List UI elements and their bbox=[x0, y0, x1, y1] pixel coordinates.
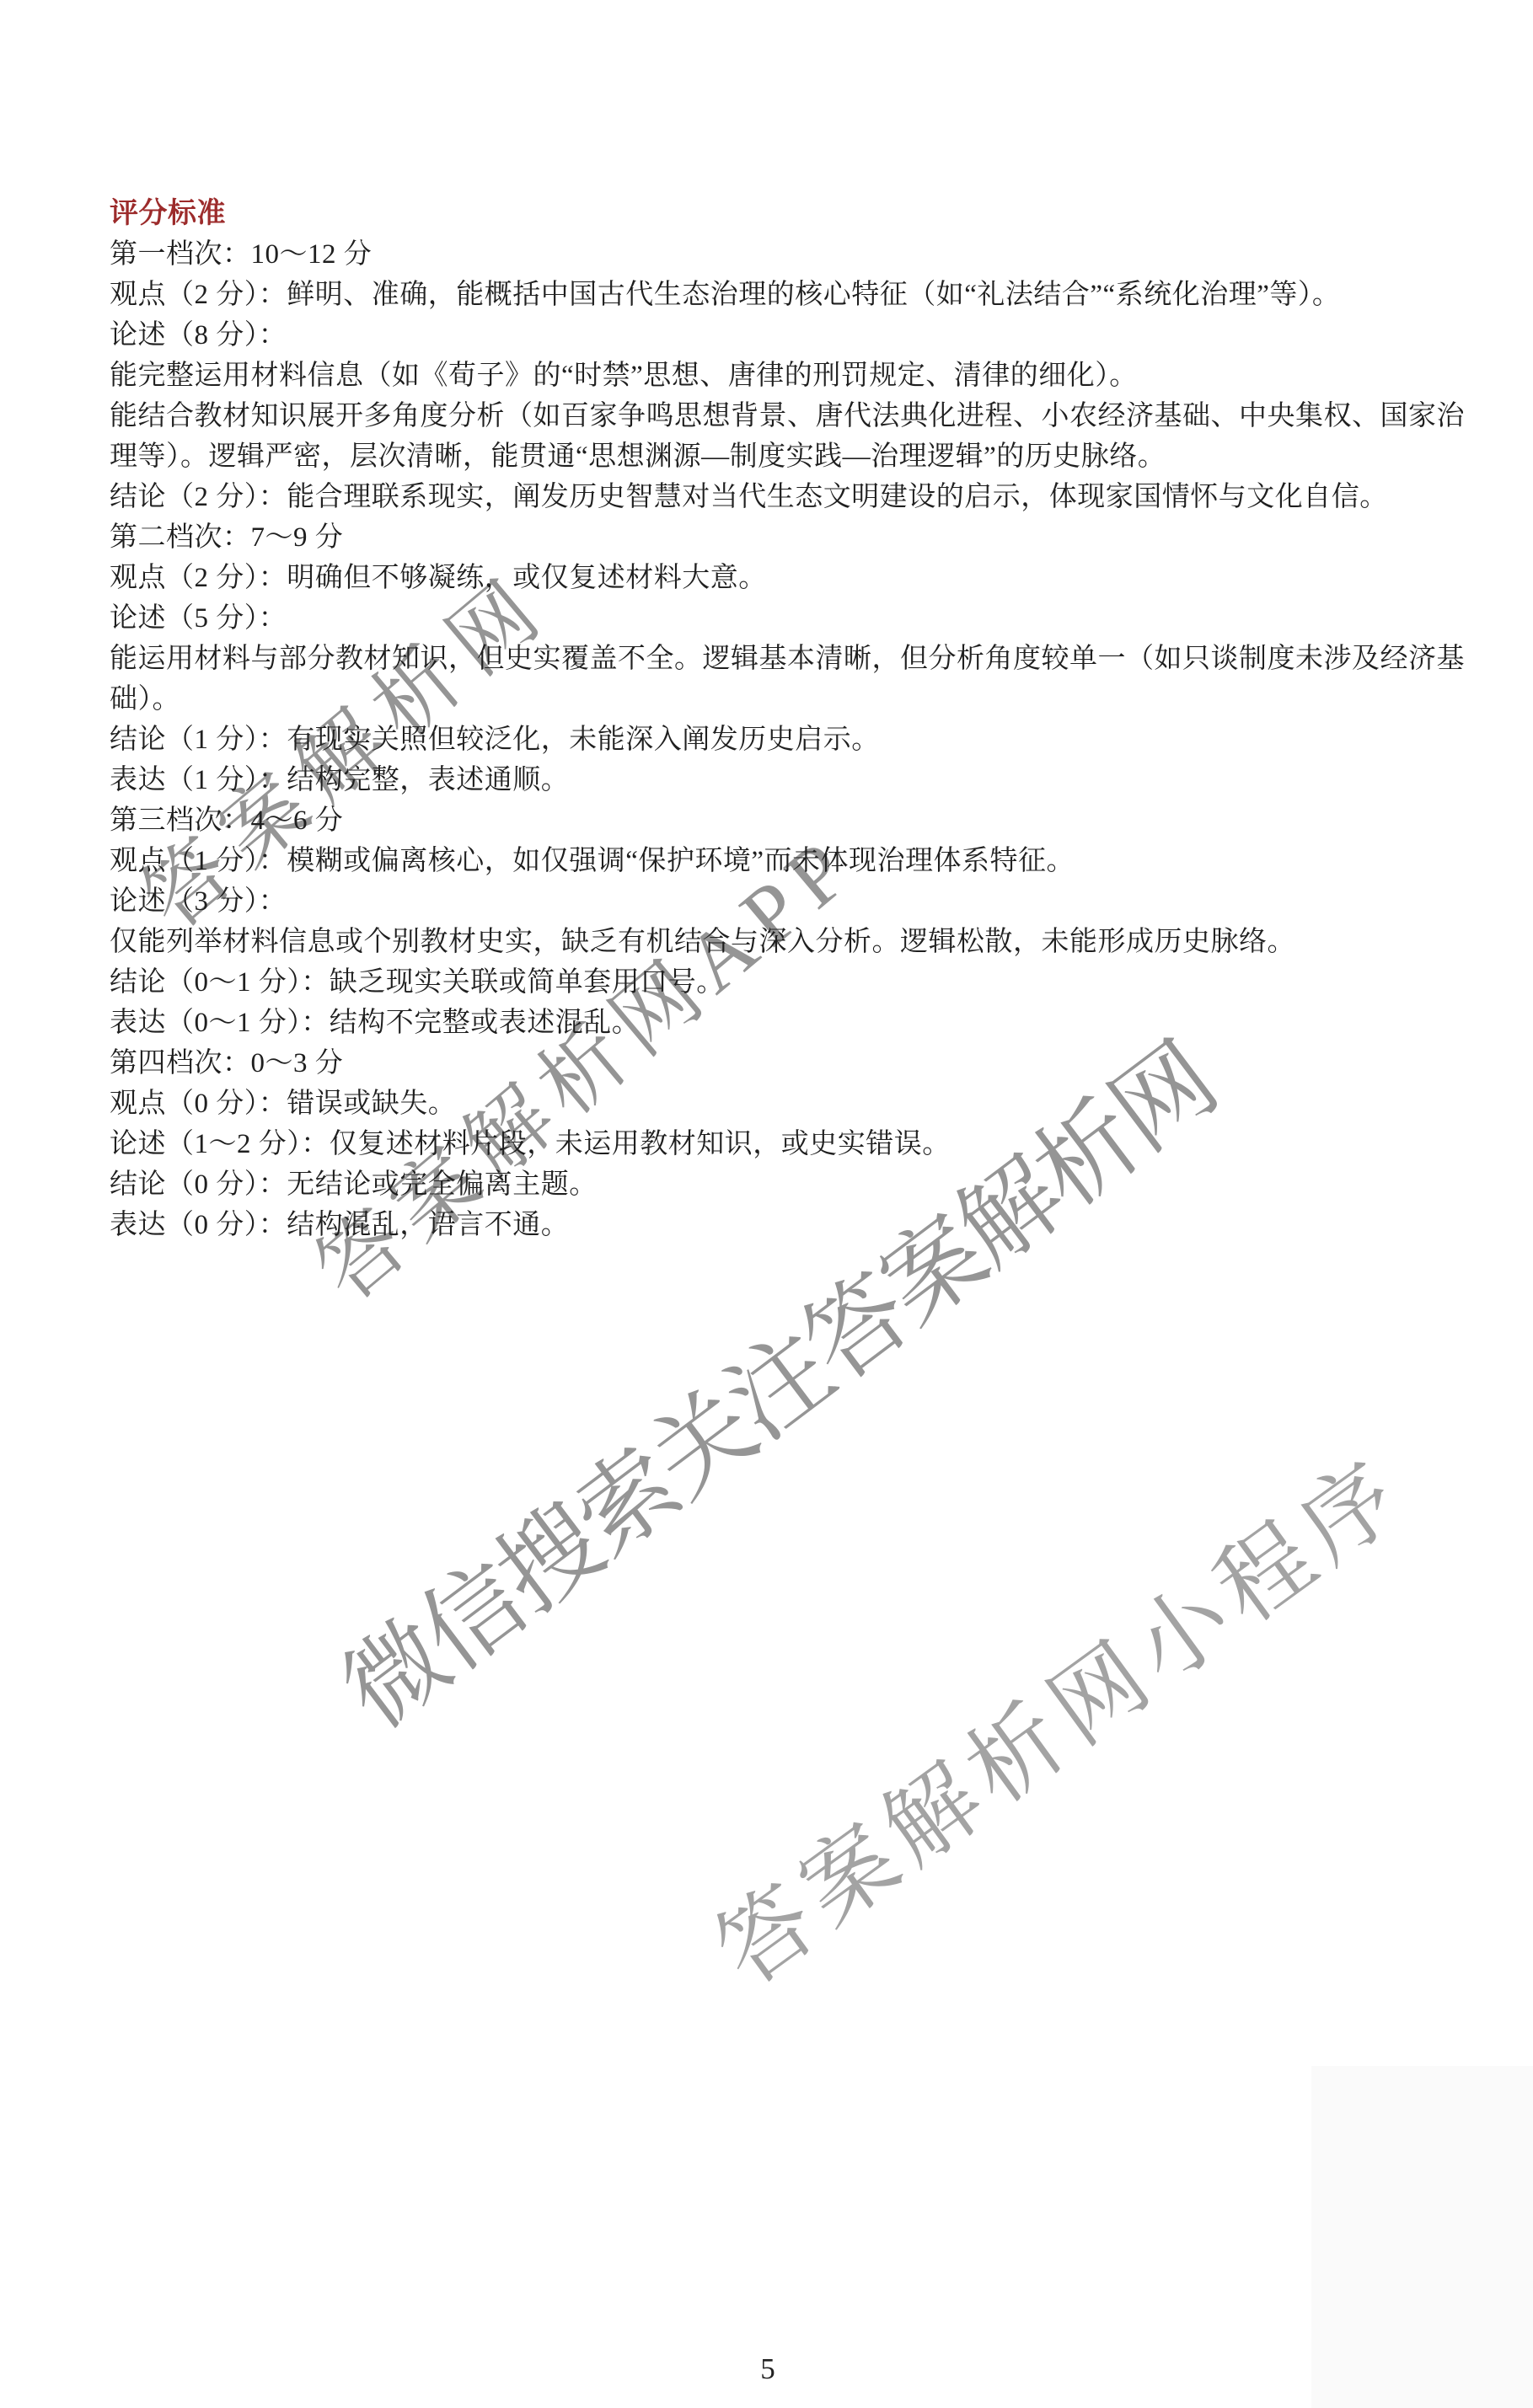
rubric-line-tier2-viewpoint: 观点（2 分）：明确但不够凝练，或仅复述材料大意。 bbox=[110, 558, 1426, 598]
rubric-line-tier4-header: 第四档次：0～3 分 bbox=[110, 1043, 1426, 1084]
watermark-mini-program: 答案解析网小程序 bbox=[685, 1419, 1428, 2010]
rubric-line-tier4-discussion: 论述（1～2 分）：仅复述材料片段，未运用教材知识，或史实错误。 bbox=[110, 1124, 1426, 1164]
rubric-line-tier4-expression: 表达（0 分）：结构混乱，语言不通。 bbox=[110, 1205, 1426, 1245]
rubric-line-tier2-discussion-detail-1: 能运用材料与部分教材知识，但史实覆盖不全。逻辑基本清晰，但分析角度较单一（如只谈… bbox=[110, 639, 1426, 679]
page-number: 5 bbox=[110, 2352, 1426, 2386]
rubric-content: 评分标准 第一档次：10～12 分 观点（2 分）：鲜明、准确，能概括中国古代生… bbox=[110, 194, 1426, 1245]
rubric-line-tier1-discussion-detail-2: 能结合教材知识展开多角度分析（如百家争鸣思想背景、唐代法典化进程、小农经济基础、… bbox=[110, 396, 1426, 436]
rubric-line-tier3-discussion: 论述（3 分）： bbox=[110, 881, 1426, 922]
rubric-line-tier3-discussion-detail: 仅能列举材料信息或个别教材史实，缺乏有机结合与深入分析。逻辑松散，未能形成历史脉… bbox=[110, 922, 1426, 962]
rubric-line-tier2-expression: 表达（1 分）：结构完整，表述通顺。 bbox=[110, 760, 1426, 800]
rubric-line-tier3-viewpoint: 观点（1 分）：模糊或偏离核心，如仅强调“保护环境”而未体现治理体系特征。 bbox=[110, 841, 1426, 881]
section-title: 评分标准 bbox=[110, 194, 1426, 234]
rubric-line-tier1-discussion: 论述（8 分）： bbox=[110, 315, 1426, 356]
rubric-line-tier2-conclusion: 结论（1 分）：有现实关照但较泛化，未能深入阐发历史启示。 bbox=[110, 720, 1426, 760]
rubric-line-tier1-header: 第一档次：10～12 分 bbox=[110, 234, 1426, 275]
rubric-line-tier1-discussion-detail-3: 理等）。逻辑严密，层次清晰，能贯通“思想渊源—制度实践—治理逻辑”的历史脉络。 bbox=[110, 436, 1426, 477]
rubric-line-tier4-viewpoint: 观点（0 分）：错误或缺失。 bbox=[110, 1084, 1426, 1124]
rubric-line-tier1-discussion-detail-1: 能完整运用材料信息（如《荀子》的“时禁”思想、唐律的刑罚规定、清律的细化）。 bbox=[110, 356, 1426, 396]
rubric-line-tier4-conclusion: 结论（0 分）：无结论或完全偏离主题。 bbox=[110, 1164, 1426, 1205]
rubric-line-tier2-header: 第二档次：7～9 分 bbox=[110, 517, 1426, 558]
rubric-line-tier1-conclusion: 结论（2 分）：能合理联系现实，阐发历史智慧对当代生态文明建设的启示，体现家国情… bbox=[110, 477, 1426, 517]
rubric-line-tier1-viewpoint: 观点（2 分）：鲜明、准确，能概括中国古代生态治理的核心特征（如“礼法结合”“系… bbox=[110, 275, 1426, 315]
rubric-line-tier3-header: 第三档次：4～6 分 bbox=[110, 800, 1426, 841]
rubric-line-tier2-discussion-detail-2: 础）。 bbox=[110, 679, 1426, 720]
rubric-line-tier2-discussion: 论述（5 分）： bbox=[110, 598, 1426, 639]
document-page: 答案解析网 答案解析网APP 微信搜索关注答案解析网 答案解析网小程序 评分标准… bbox=[0, 0, 1533, 2408]
rubric-line-tier3-conclusion: 结论（0～1 分）：缺乏现实关联或简单套用口号。 bbox=[110, 962, 1426, 1003]
rubric-line-tier3-expression: 表达（0～1 分）：结构不完整或表述混乱。 bbox=[110, 1003, 1426, 1043]
